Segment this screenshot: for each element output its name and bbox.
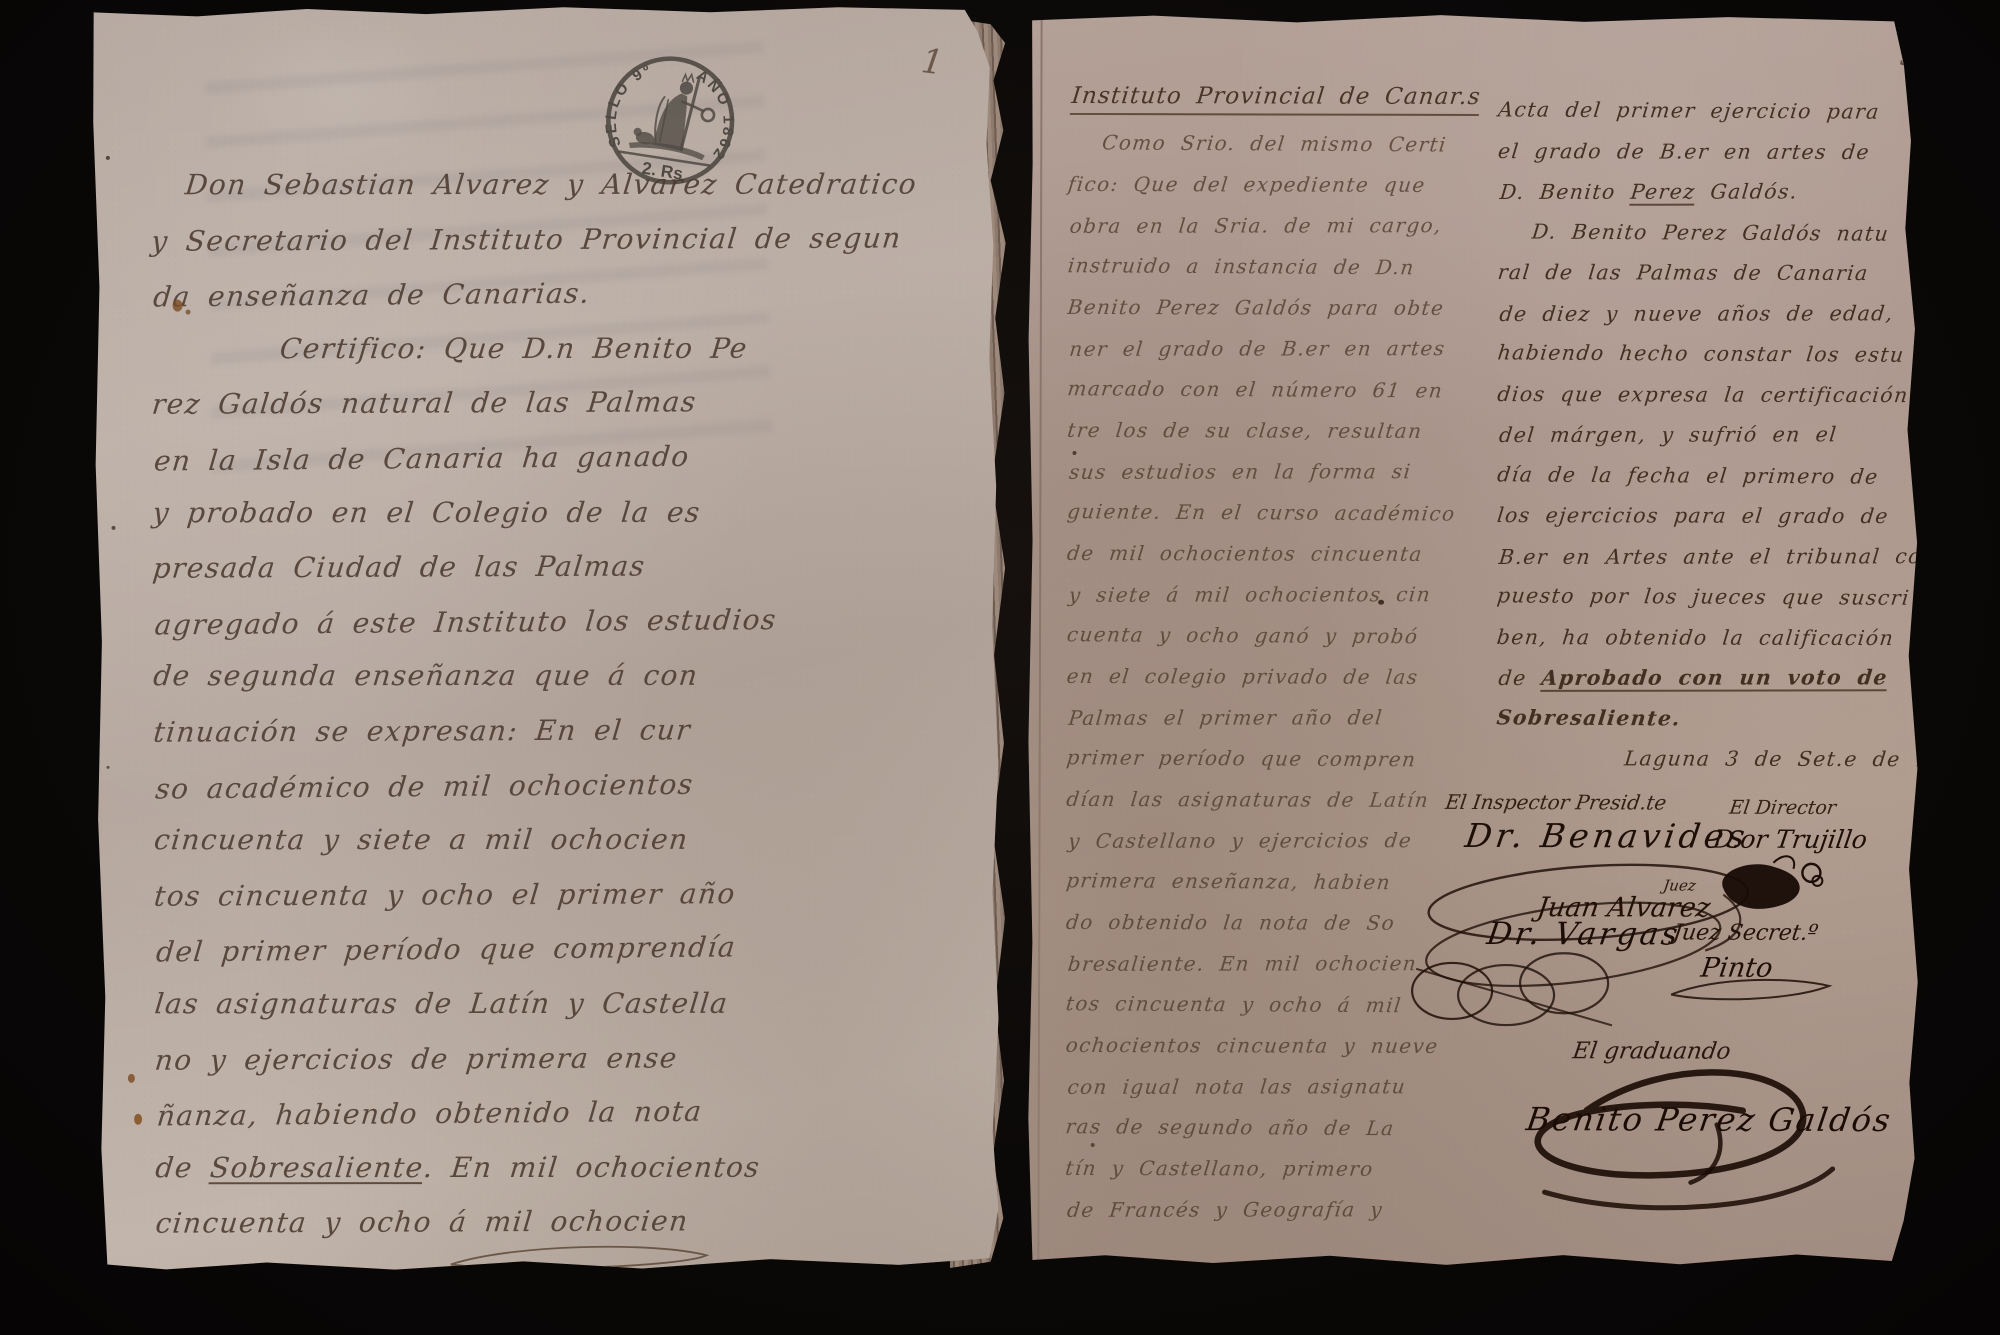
ink-speck bbox=[111, 526, 115, 530]
secretary-role-label: Juez Secret.º bbox=[1671, 921, 1819, 946]
manuscript-line: cincuenta y siete a mil ochocien bbox=[150, 823, 967, 878]
manuscript-line: del primer período que comprendía bbox=[153, 929, 971, 991]
manuscript-line: tinuación se expresan: En el cur bbox=[150, 712, 967, 770]
manuscript-line: tos cincuenta y ocho el primer año bbox=[150, 876, 967, 934]
ink-speck bbox=[106, 156, 110, 160]
manuscript-line: Don Sebastian Alvarez y Alvarez Catedrat… bbox=[147, 168, 964, 223]
left-manuscript-page: SELLO 9º AÑO 1862. 2. Rs 1 Don Sebastian… bbox=[87, 4, 1009, 1276]
inspector-role-label: El Inspector Presid.te bbox=[1444, 790, 1668, 815]
foxing-spot bbox=[134, 1114, 142, 1125]
galdos-rubric-flourish bbox=[1520, 1064, 1854, 1227]
graduand-role-label: El graduando bbox=[1571, 1038, 1732, 1064]
manuscript-line: agregado á este Instituto los estudios bbox=[151, 601, 969, 663]
page-number: 1 bbox=[919, 41, 946, 84]
manuscript-line: de Sobresaliente. En mil ochocientos bbox=[152, 1150, 969, 1205]
foxing-spot bbox=[173, 300, 183, 312]
foxing-spot bbox=[186, 310, 191, 315]
right-manuscript-page: 5 Instituto Provincial de Canar.s Como S… bbox=[1024, 13, 1925, 1271]
photograph-of-manuscript: { "colors": { "backdrop": "#0b0908", "le… bbox=[0, 0, 2000, 1335]
manuscript-line: so académico de mil ochocientos bbox=[152, 765, 970, 827]
manuscript-line: de segunda enseñanza que á con bbox=[150, 659, 967, 714]
pinto-signature: Pinto bbox=[1699, 953, 1775, 984]
manuscript-line: ñanza, habiendo obtenido la nota bbox=[153, 1092, 971, 1154]
galdos-signature: Benito Perez Galdós bbox=[1524, 1100, 1894, 1139]
line-end-flourish bbox=[443, 1237, 729, 1280]
ink-speck bbox=[107, 766, 110, 769]
director-role-label: El Director bbox=[1728, 797, 1838, 819]
trujillo-signature: D.or Trujillo bbox=[1711, 825, 1869, 854]
vargas-signature: Dr. Vargas bbox=[1485, 916, 1683, 952]
manuscript-line: da enseñanza de Canarias. bbox=[150, 274, 968, 336]
manuscript-line: rez Galdós natural de las Palmas bbox=[148, 385, 965, 443]
certificate-body-text: Don Sebastian Alvarez y Alvarez Catedrat… bbox=[150, 166, 967, 1261]
vargas-flourish-loops bbox=[1408, 939, 1620, 1036]
ink-speck bbox=[1378, 600, 1384, 605]
ink-speck bbox=[1091, 1143, 1095, 1147]
manuscript-line: y probado en el Colegio de la es bbox=[149, 495, 966, 550]
benavides-signature: Dr. Benavides bbox=[1463, 816, 1752, 856]
manuscript-line: y Secretario del Instituto Provincial de… bbox=[148, 221, 965, 279]
manuscript-line: las asignaturas de Latín y Castella bbox=[151, 986, 968, 1041]
manuscript-line: no y ejercicios de primera ense bbox=[151, 1040, 968, 1098]
ink-speck bbox=[1072, 451, 1076, 455]
manuscript-line: presada Ciudad de las Palmas bbox=[149, 548, 966, 606]
trujillo-ink-blot bbox=[1711, 851, 1833, 923]
manuscript-line: en la Isla de Canaria ha ganado bbox=[150, 437, 968, 499]
manuscript-line: Certifico: Que D.n Benito Pe bbox=[148, 331, 965, 386]
signature-block: El Inspector Presid.te Dr. Benavides El … bbox=[1024, 13, 1925, 1271]
foxing-spot bbox=[128, 1074, 135, 1083]
